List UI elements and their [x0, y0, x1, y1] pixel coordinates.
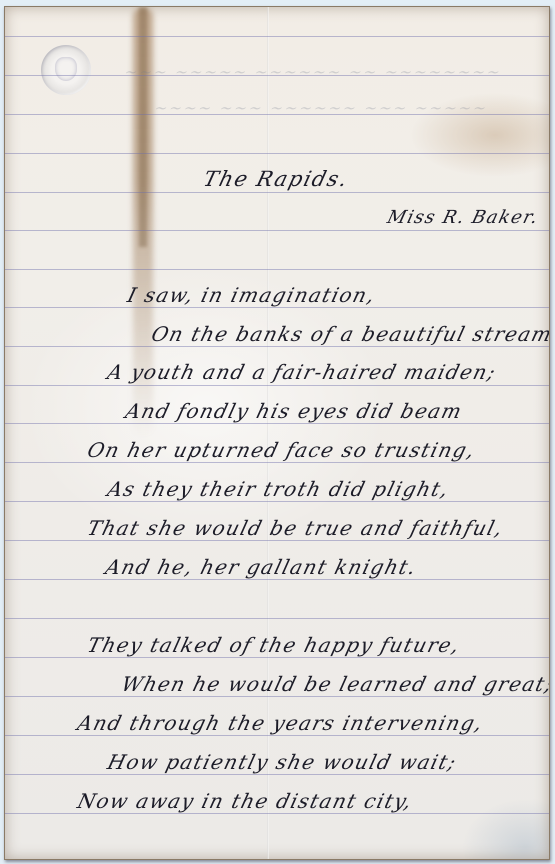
poem-line: As they their troth did plight,: [105, 477, 452, 501]
water-stain-streak: [139, 7, 147, 247]
ruled-line: [5, 423, 549, 424]
poem-line: I saw, in imagination,: [125, 283, 378, 307]
ruled-line: [5, 657, 549, 658]
ruled-line: [5, 462, 549, 463]
ruled-line: [5, 813, 549, 814]
poem-line: A youth and a fair-haired maiden;: [105, 360, 499, 384]
poem-line: When he would be learned and great;: [119, 672, 550, 696]
poem-line: And he, her gallant knight.: [103, 555, 420, 579]
poem-line: On the banks of a beautiful stream,: [149, 322, 550, 346]
ruled-line: [5, 540, 549, 541]
ruled-line: [5, 75, 549, 76]
poem-line: How patiently she would wait;: [105, 750, 460, 774]
manuscript-page: ~~~ ~~~~~ ~~~~~~ ~~ ~~~~~~~~ ~~~~ ~~~ ~~…: [4, 6, 550, 860]
ruled-line: [5, 153, 549, 154]
ruled-line: [5, 774, 549, 775]
ruled-line: [5, 192, 549, 193]
ruled-line: [5, 579, 549, 580]
ruled-line: [5, 36, 549, 37]
poem-line: Now away in the distant city,: [75, 789, 415, 813]
ruled-line: [5, 735, 549, 736]
poem-author: Miss R. Baker.: [385, 207, 541, 228]
poem-title: The Rapids.: [201, 167, 351, 191]
bleed-through-text: ~~~ ~~~~~ ~~~~~~ ~~ ~~~~~~~~: [122, 63, 505, 81]
ruled-line: [5, 346, 549, 347]
ruled-line: [5, 307, 549, 308]
ruled-line: [5, 618, 549, 619]
ruled-line: [5, 501, 549, 502]
ruled-line: [5, 114, 549, 115]
ruled-line: [5, 230, 549, 231]
ruled-line: [5, 269, 549, 270]
ruled-line: [5, 696, 549, 697]
poem-line: On her upturned face so trusting,: [85, 438, 478, 462]
ruled-line: [5, 385, 549, 386]
poem-line: They talked of the happy future,: [85, 633, 463, 657]
poem-line: And fondly his eyes did beam: [123, 399, 465, 423]
poem-line: And through the years intervening,: [75, 711, 486, 735]
embossed-seal-icon: [41, 45, 91, 95]
poem-line: That she would be true and faithful,: [85, 516, 506, 540]
